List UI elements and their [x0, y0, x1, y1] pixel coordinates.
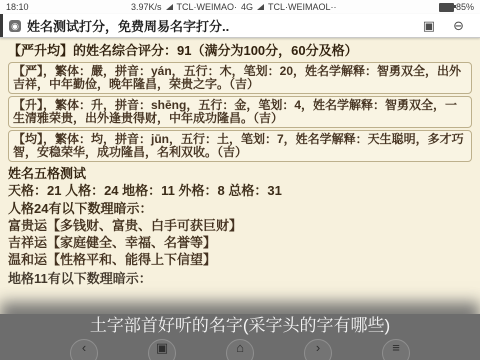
battery-percent: 85% [456, 2, 474, 12]
char-analysis-row: 【升】，繁体：升，拼音：shēng，五行：金，笔划：4，姓名学解释：智勇双全，一… [8, 96, 472, 128]
numerology-hint: 富贵运【多钱财、富贵、白手可获巨财】 [8, 217, 472, 234]
network-type: 4G [241, 2, 253, 12]
home-icon[interactable]: ⌂ [226, 339, 254, 360]
battery-indicator: 85% [439, 2, 474, 12]
name-score-heading: 【严升均】的姓名综合评分：91（满分为100分，60分及格） [8, 43, 472, 58]
numerology-hint: 温和运【性格平和、能得上下信望】 [8, 251, 472, 268]
reader-mode-icon[interactable]: ▣ [417, 19, 441, 32]
clock: 18:10 [6, 2, 29, 12]
status-center: 3.97K/s TCL·WEIMAO· 4G TCL·WEIMAOL·· [34, 2, 434, 12]
menu-icon[interactable]: ≡ [382, 339, 410, 360]
status-bar: 18:10 3.97K/s TCL·WEIMAO· 4G TCL·WEIMAOL… [0, 0, 480, 14]
wuge-values: 天格：21 人格：24 地格：11 外格：8 总格：31 [8, 182, 472, 199]
net-speed: 3.97K/s [131, 2, 162, 12]
browser-toolbar: ‹ ▣ ⌂ › ≡ [0, 339, 480, 360]
numerology-hint: 吉祥运【家庭健全、幸福、名誉等】 [8, 234, 472, 251]
browser-page-title[interactable]: 姓名测试打分，免费周易名字打分.. [27, 16, 411, 35]
signal-icon [257, 4, 264, 10]
page-content: 【严升均】的姓名综合评分：91（满分为100分，60分及格） 【严】，繁体：嚴，… [0, 38, 480, 287]
bottom-overlay: 土字部首好听的名字(采字头的字有哪些) ‹ ▣ ⌂ › ≡ [0, 314, 480, 360]
renge-hint-title: 人格24有以下数理暗示： [8, 200, 472, 217]
battery-icon [439, 3, 454, 12]
browser-title-bar: ◉ 姓名测试打分，免费周易名字打分.. ▣ ⊖ [0, 14, 480, 38]
back-icon[interactable]: ‹ [70, 339, 98, 360]
dige-hint-title: 地格11有以下数理暗示： [8, 270, 472, 287]
edge-accent-bar [0, 14, 3, 37]
signal-icon [166, 4, 173, 10]
site-favicon-icon: ◉ [9, 20, 21, 32]
char-analysis-row: 【均】，繁体：均，拼音：jūn，五行：土，笔划：7，姓名学解释：天生聪明，多才巧… [8, 130, 472, 162]
article-title-toast: 土字部首好听的名字(采字头的字有哪些) [0, 316, 480, 335]
minimize-icon[interactable]: ⊖ [447, 19, 470, 32]
forward-icon[interactable]: › [304, 339, 332, 360]
tabs-icon[interactable]: ▣ [148, 339, 176, 360]
char-analysis-row: 【严】，繁体：嚴，拼音：yán，五行：木，笔划：20，姓名学解释：智勇双全，出外… [8, 62, 472, 94]
wuge-section-title: 姓名五格测试 [8, 166, 472, 182]
carrier-2: TCL·WEIMAOL·· [268, 2, 337, 12]
carrier-1: TCL·WEIMAO· [177, 2, 238, 12]
